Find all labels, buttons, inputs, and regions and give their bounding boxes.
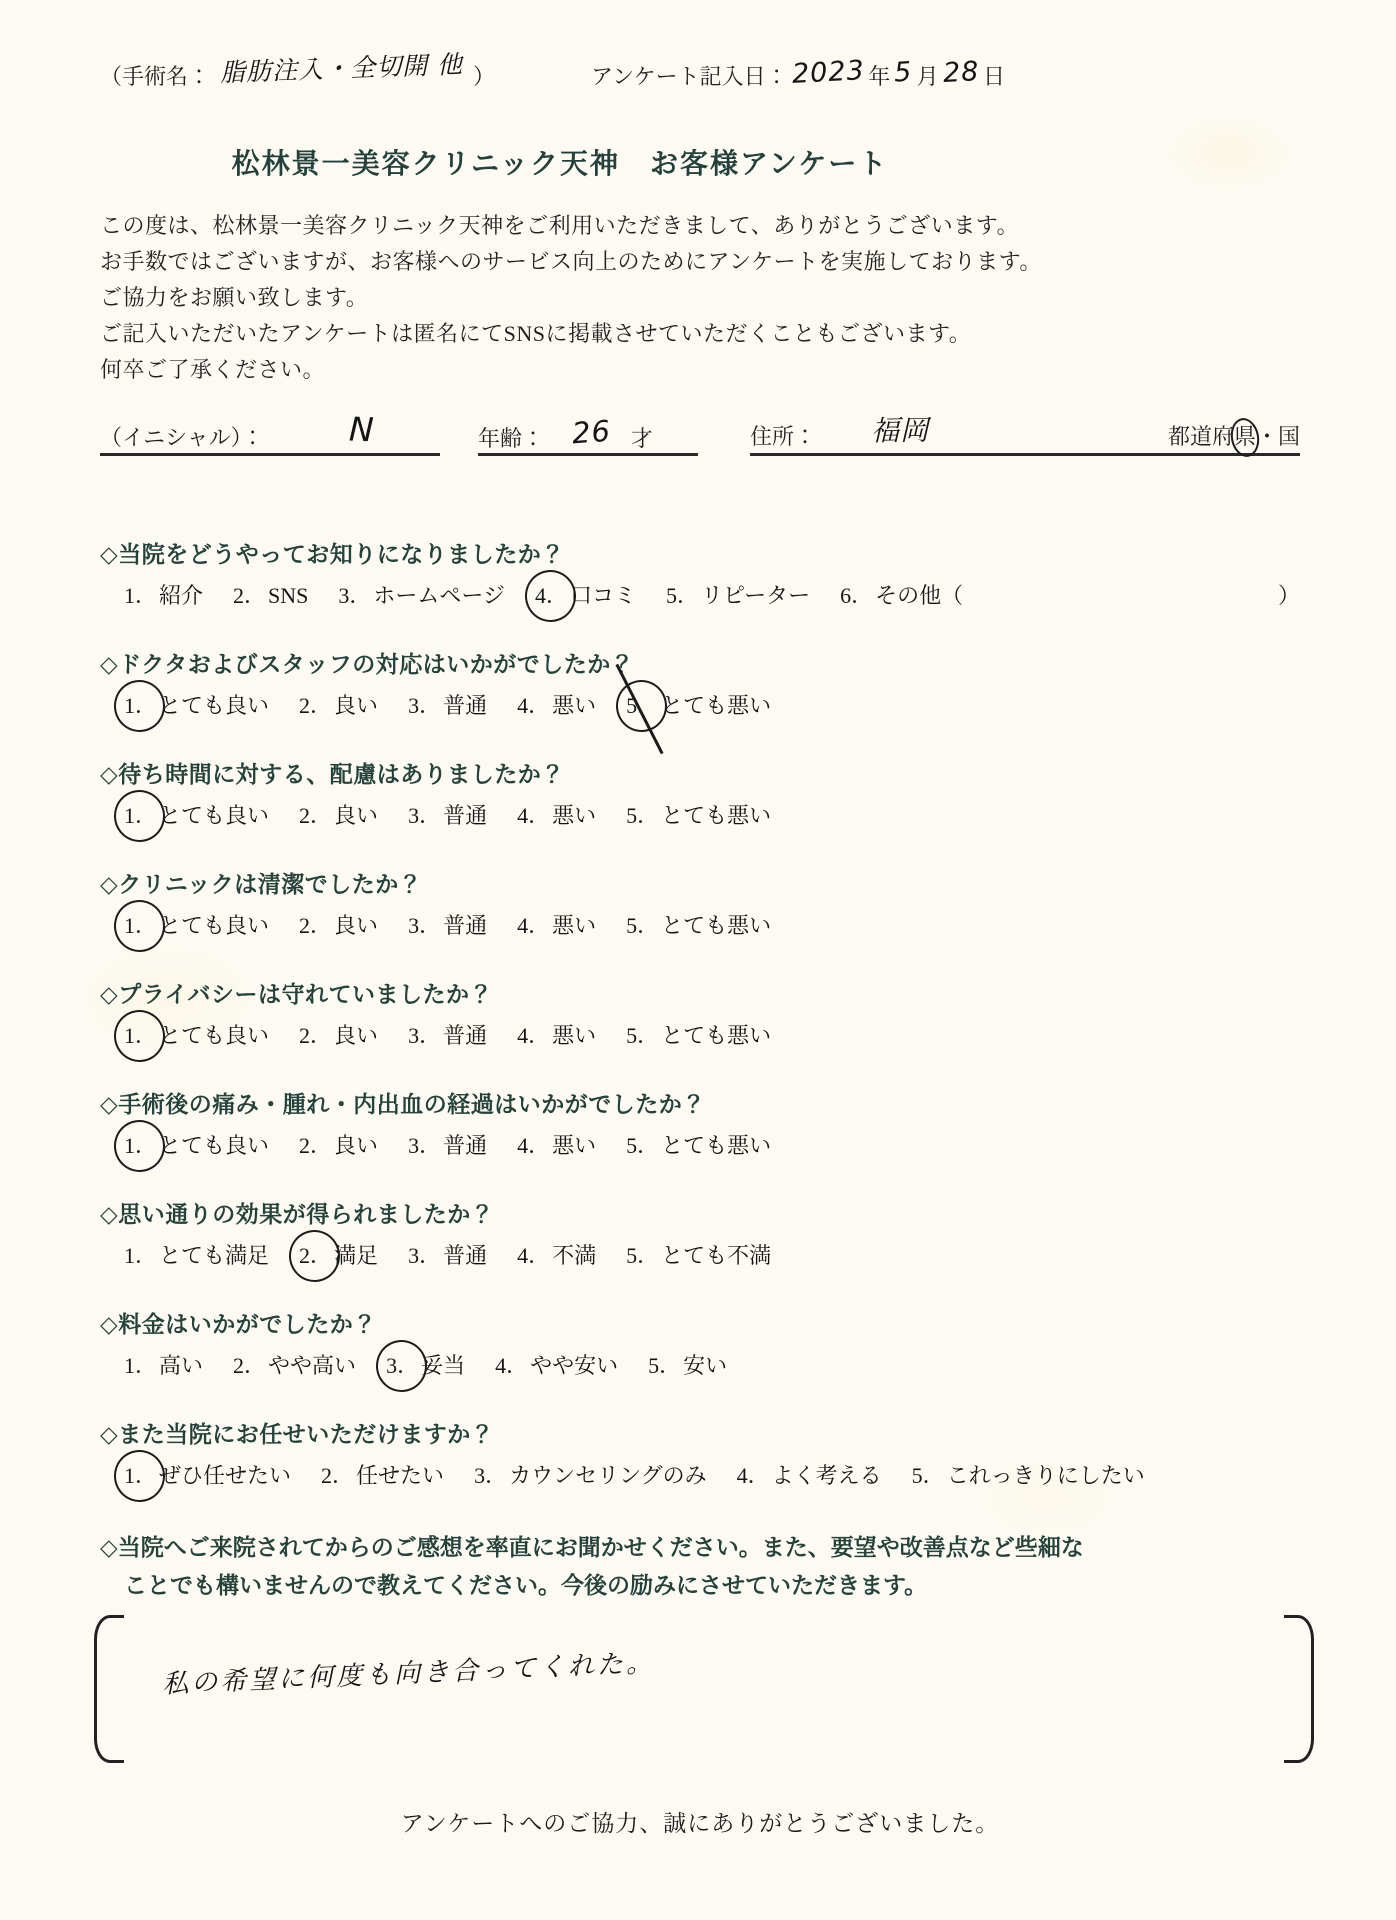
option-label: 口コミ xyxy=(570,579,636,610)
handwritten-surgery-name: 脂肪注入・全切開 他 xyxy=(219,45,463,89)
year-unit: 年 xyxy=(868,64,890,89)
option-label: とても悪い xyxy=(661,689,771,720)
option-number: 4． xyxy=(517,689,550,720)
option-label: 紹介 xyxy=(159,579,203,610)
answer-option: 3．ホームページ xyxy=(338,579,505,610)
intro-line: この度は、松林景一美容クリニック天神をご利用いただきまして、ありがとうございます… xyxy=(100,208,1300,244)
handwritten-circle-mark: 2． xyxy=(299,1239,332,1270)
answer-option: 4．悪い xyxy=(517,1019,596,1050)
option-number: 5． xyxy=(626,1129,659,1160)
answer-option: ） xyxy=(1278,579,1300,610)
answer-option: 3．普通 xyxy=(408,1019,487,1050)
question-options: 1．とても良い2．良い3．普通4．悪い5．とても悪い xyxy=(100,909,1300,943)
answer-option: 4．口コミ xyxy=(535,579,636,610)
option-number: 1． xyxy=(124,1239,157,1270)
intro-line: 何卒ご了承ください。 xyxy=(100,352,1300,388)
answer-option: 4．やや安い xyxy=(495,1349,618,1380)
option-number: 3． xyxy=(408,799,441,830)
answer-option: 3．普通 xyxy=(408,909,487,940)
intro-line: お手数ではございますが、お客様へのサービス向上のためにアンケートを実施しておりま… xyxy=(100,244,1300,280)
option-label: ぜひ任せたい xyxy=(159,1459,291,1490)
answer-option: 1．とても満足 xyxy=(124,1239,269,1270)
option-number: 2． xyxy=(321,1459,354,1490)
option-number: 4． xyxy=(517,1129,550,1160)
day-unit: 日 xyxy=(983,64,1005,89)
option-label: 良い xyxy=(334,1129,378,1160)
surgery-name-label: （手術名： xyxy=(100,64,210,89)
handwritten-circle-mark: 1． xyxy=(124,1019,157,1050)
option-number: 2． xyxy=(299,1129,332,1160)
question-options: 1．とても良い2．良い3．普通4．悪い5．とても悪い xyxy=(100,1129,1300,1163)
answer-option: 1．高い xyxy=(124,1349,203,1380)
answer-option: 5．とても不満 xyxy=(626,1239,771,1270)
option-label: 任せたい xyxy=(356,1459,444,1490)
feedback-section: ◇当院へご来院されてからのご感想を率直にお聞かせください。また、要望や改善点など… xyxy=(100,1529,1300,1763)
initial-label: （イニシャル）： xyxy=(100,421,264,452)
option-label: ホームページ xyxy=(373,579,505,610)
answer-option: 1．紹介 xyxy=(124,579,203,610)
survey-date-label: アンケート記入日： xyxy=(591,64,788,89)
question-block: ◇また当院にお任せいただけますか？ 1．ぜひ任せたい2．任せたい3．カウンセリン… xyxy=(100,1419,1300,1493)
answer-option: 2．SNS xyxy=(233,579,308,610)
answer-option: 2．任せたい xyxy=(321,1459,444,1490)
answer-option: 5．とても悪い xyxy=(626,909,771,940)
option-label: とても悪い xyxy=(661,799,771,830)
region-type-label: 都道府県・国 xyxy=(1168,420,1300,451)
answer-option: 3．普通 xyxy=(408,1129,487,1160)
answer-option: 3．カウンセリングのみ xyxy=(474,1459,707,1490)
handwritten-circle-on-prefecture: 県 xyxy=(1234,420,1256,451)
option-number: 5． xyxy=(912,1459,945,1490)
question-title: ◇当院をどうやってお知りになりましたか？ xyxy=(100,539,1300,571)
answer-option: 2．良い xyxy=(299,909,378,940)
handwritten-year: 2023 xyxy=(791,55,865,90)
handwritten-initial: N xyxy=(348,410,375,450)
question-title: ◇思い通りの効果が得られましたか？ xyxy=(100,1199,1300,1231)
answer-option: 5．とても悪い xyxy=(626,1019,771,1050)
question-title: ◇待ち時間に対する、配慮はありましたか？ xyxy=(100,759,1300,791)
answer-option: 5．安い xyxy=(648,1349,727,1380)
answer-option: 2．良い xyxy=(299,1129,378,1160)
option-number: 3． xyxy=(408,1129,441,1160)
page-title: 松林景一美容クリニック天神 お客様アンケート xyxy=(100,144,1020,186)
option-number: 5． xyxy=(626,1019,659,1050)
age-unit: 才 xyxy=(631,422,653,453)
question-options: 1．とても良い2．良い3．普通4．悪い5．とても悪い xyxy=(100,1019,1300,1053)
handwritten-day: 28 xyxy=(942,56,980,89)
option-label: とても良い xyxy=(159,799,269,830)
address-field: 住所：福岡都道府県・国 xyxy=(750,413,1300,456)
question-options: 1．とても良い2．良い3．普通4．悪い5．とても悪い xyxy=(100,799,1300,833)
question-options: 1．高い2．やや高い3．妥当4．やや安い5．安い xyxy=(100,1349,1300,1383)
option-number: 3． xyxy=(474,1459,507,1490)
option-number: 1． xyxy=(124,579,157,610)
handwritten-month: 5 xyxy=(894,57,914,89)
option-number: 4． xyxy=(737,1459,770,1490)
answer-option: 4．悪い xyxy=(517,689,596,720)
option-label: とても悪い xyxy=(661,909,771,940)
option-label: 良い xyxy=(334,689,378,720)
age-field: 年齢：26才 xyxy=(478,419,698,456)
handwritten-circle-mark: 1． xyxy=(124,799,157,830)
question-block: ◇思い通りの効果が得られましたか？ 1．とても満足2．満足3．普通4．不満5．と… xyxy=(100,1199,1300,1273)
question-block: ◇当院をどうやってお知りになりましたか？ 1．紹介2．SNS3．ホームページ4．… xyxy=(100,539,1300,613)
questions: ◇当院をどうやってお知りになりましたか？ 1．紹介2．SNS3．ホームページ4．… xyxy=(100,539,1300,1493)
handwritten-age: 26 xyxy=(571,414,612,451)
option-label: 高い xyxy=(159,1349,203,1380)
option-label: 普通 xyxy=(443,1129,487,1160)
address-label: 住所： xyxy=(750,420,816,451)
option-label: 満足 xyxy=(334,1239,378,1270)
question-block: ◇クリニックは清潔でしたか？ 1．とても良い2．良い3．普通4．悪い5．とても悪… xyxy=(100,869,1300,943)
option-label: 安い xyxy=(683,1349,727,1380)
question-title: ◇プライバシーは守れていましたか？ xyxy=(100,979,1300,1011)
option-number: 3． xyxy=(408,689,441,720)
option-label: 普通 xyxy=(443,799,487,830)
option-label: 普通 xyxy=(443,1239,487,1270)
feedback-prompt-line1: ◇当院へご来院されてからのご感想を率直にお聞かせください。また、要望や改善点など… xyxy=(100,1529,1300,1567)
option-label: やや高い xyxy=(268,1349,356,1380)
option-label: ） xyxy=(1278,579,1300,610)
right-bracket xyxy=(1284,1615,1314,1763)
answer-option: 3．普通 xyxy=(408,799,487,830)
answer-option: 2．満足 xyxy=(299,1239,378,1270)
option-label: SNS xyxy=(268,583,308,609)
profile-row: （イニシャル）：N 年齢：26才 住所：福岡都道府県・国 xyxy=(100,408,1300,456)
option-label: 普通 xyxy=(443,689,487,720)
answer-option: 2．良い xyxy=(299,1019,378,1050)
header-row: （手術名：脂肪注入・全切開 他） アンケート記入日：2023年5月28日 xyxy=(100,56,1005,100)
option-label: カウンセリングのみ xyxy=(509,1459,707,1490)
answer-option: 4．悪い xyxy=(517,909,596,940)
option-number: 2． xyxy=(299,909,332,940)
initial-field: （イニシャル）：N xyxy=(100,414,440,456)
answer-option: 2．やや高い xyxy=(233,1349,356,1380)
option-label: 普通 xyxy=(443,909,487,940)
option-number: 4． xyxy=(517,1019,550,1050)
surgery-name-field: （手術名：脂肪注入・全切開 他） xyxy=(100,56,495,92)
closing-message: アンケートへのご協力、誠にありがとうございました。 xyxy=(100,1805,1300,1835)
option-number: 3． xyxy=(408,1239,441,1270)
option-number: 1． xyxy=(124,1349,157,1380)
answer-option: 1．とても良い xyxy=(124,689,269,720)
question-block: ◇プライバシーは守れていましたか？ 1．とても良い2．良い3．普通4．悪い5．と… xyxy=(100,979,1300,1053)
handwritten-circle-mark: 1． xyxy=(124,1459,157,1490)
option-number: 5． xyxy=(626,909,659,940)
question-title: ◇料金はいかがでしたか？ xyxy=(100,1309,1300,1341)
question-options: 1．とても良い2．良い3．普通4．悪い5．とても悪い xyxy=(100,689,1300,723)
answer-option: 1．とても良い xyxy=(124,909,269,940)
intro-paragraph: この度は、松林景一美容クリニック天神をご利用いただきまして、ありがとうございます… xyxy=(100,208,1300,388)
intro-line: ご協力をお願い致します。 xyxy=(100,280,1300,316)
option-number: 2． xyxy=(233,579,266,610)
age-label: 年齢： xyxy=(478,422,544,453)
option-number: 3． xyxy=(408,909,441,940)
option-label: とても良い xyxy=(159,1019,269,1050)
answer-option: 1．ぜひ任せたい xyxy=(124,1459,291,1490)
option-label: よく考える xyxy=(772,1459,882,1490)
region-suffix: ・国 xyxy=(1256,424,1300,449)
option-label: 悪い xyxy=(552,689,596,720)
left-bracket xyxy=(94,1615,124,1763)
question-options: 1．とても満足2．満足3．普通4．不満5．とても不満 xyxy=(100,1239,1300,1273)
answer-option: 5．とても悪い xyxy=(626,1129,771,1160)
option-label: 良い xyxy=(334,1019,378,1050)
answer-option: 5．とても悪い xyxy=(626,689,771,720)
answer-option: 3．普通 xyxy=(408,689,487,720)
handwritten-circle-mark: 1． xyxy=(124,909,157,940)
option-number: 2． xyxy=(299,689,332,720)
region-prefix: 都道府 xyxy=(1168,424,1234,449)
handwritten-comment: 私の希望に何度も向き合ってくれた。 xyxy=(161,1642,655,1700)
answer-option: 5．とても悪い xyxy=(626,799,771,830)
answer-option: 1．とても良い xyxy=(124,1129,269,1160)
option-label: 悪い xyxy=(552,799,596,830)
question-title: ◇手術後の痛み・腫れ・内出血の経過はいかがでしたか？ xyxy=(100,1089,1300,1121)
survey-date-field: アンケート記入日：2023年5月28日 xyxy=(591,60,1005,91)
question-block: ◇手術後の痛み・腫れ・内出血の経過はいかがでしたか？ 1．とても良い2．良い3．… xyxy=(100,1089,1300,1163)
answer-option: 4．悪い xyxy=(517,799,596,830)
option-label: とても不満 xyxy=(661,1239,771,1270)
option-label: とても良い xyxy=(159,1129,269,1160)
answer-option: 4．よく考える xyxy=(737,1459,882,1490)
option-label: その他（ xyxy=(875,579,963,610)
question-options: 1．ぜひ任せたい2．任せたい3．カウンセリングのみ4．よく考える5．これっきりに… xyxy=(100,1459,1300,1493)
question-title: ◇また当院にお任せいただけますか？ xyxy=(100,1419,1300,1451)
question-title: ◇ドクタおよびスタッフの対応はいかがでしたか？ xyxy=(100,649,1300,681)
option-label: 妥当 xyxy=(421,1349,465,1380)
answer-option: 5．リピーター xyxy=(666,579,810,610)
option-label: とても悪い xyxy=(661,1129,771,1160)
answer-option: 4．不満 xyxy=(517,1239,596,1270)
option-number: 5． xyxy=(626,799,659,830)
option-number: 2． xyxy=(299,799,332,830)
option-label: とても満足 xyxy=(159,1239,269,1270)
option-label: リピーター xyxy=(701,579,810,610)
option-number: 5． xyxy=(666,579,699,610)
question-block: ◇料金はいかがでしたか？ 1．高い2．やや高い3．妥当4．やや安い5．安い xyxy=(100,1309,1300,1383)
option-label: 良い xyxy=(334,799,378,830)
surgery-name-close-paren: ） xyxy=(473,64,495,89)
option-number: 5． xyxy=(648,1349,681,1380)
handwritten-circle-mark: 1． xyxy=(124,689,157,720)
option-label: 悪い xyxy=(552,1129,596,1160)
option-number: 5． xyxy=(626,1239,659,1270)
answer-option: 2．良い xyxy=(299,799,378,830)
answer-option: 1．とても良い xyxy=(124,799,269,830)
option-number: 3． xyxy=(408,1019,441,1050)
handwritten-circle-mark: 3． xyxy=(386,1349,419,1380)
option-number: 4． xyxy=(517,799,550,830)
option-number: 2． xyxy=(299,1019,332,1050)
handwritten-circle-mark: 4． xyxy=(535,579,568,610)
option-number: 2． xyxy=(233,1349,266,1380)
handwritten-circle-mark: 5． xyxy=(626,689,659,720)
answer-option: 2．良い xyxy=(299,689,378,720)
option-label: とても良い xyxy=(159,689,269,720)
option-label: やや安い xyxy=(530,1349,618,1380)
question-block: ◇ドクタおよびスタッフの対応はいかがでしたか？ 1．とても良い2．良い3．普通4… xyxy=(100,649,1300,723)
question-title: ◇クリニックは清潔でしたか？ xyxy=(100,869,1300,901)
option-label: 悪い xyxy=(552,1019,596,1050)
option-number: 4． xyxy=(517,1239,550,1270)
intro-line: ご記入いただいたアンケートは匿名にてSNSに掲載させていただくこともございます。 xyxy=(100,316,1300,352)
answer-option: 6．その他（ xyxy=(840,579,963,610)
month-unit: 月 xyxy=(917,64,939,89)
option-number: 4． xyxy=(495,1349,528,1380)
answer-option: 1．とても良い xyxy=(124,1019,269,1050)
answer-option: 3．妥当 xyxy=(386,1349,465,1380)
handwritten-address: 福岡 xyxy=(871,408,930,449)
answer-option: 4．悪い xyxy=(517,1129,596,1160)
feedback-prompt-line2: ことでも構いませんので教えてください。今後の励みにさせていただきます。 xyxy=(100,1567,1300,1605)
option-number: 4． xyxy=(517,909,550,940)
option-label: これっきりにしたい xyxy=(947,1459,1145,1490)
answer-option: 5．これっきりにしたい xyxy=(912,1459,1145,1490)
option-number: 3． xyxy=(338,579,371,610)
answer-option: 3．普通 xyxy=(408,1239,487,1270)
comment-area: 私の希望に何度も向き合ってくれた。 xyxy=(94,1615,1314,1763)
option-label: とても良い xyxy=(159,909,269,940)
option-label: 良い xyxy=(334,909,378,940)
option-number: 6． xyxy=(840,579,873,610)
handwritten-circle-mark: 1． xyxy=(124,1129,157,1160)
question-block: ◇待ち時間に対する、配慮はありましたか？ 1．とても良い2．良い3．普通4．悪い… xyxy=(100,759,1300,833)
scanned-survey-page: （手術名：脂肪注入・全切開 他） アンケート記入日：2023年5月28日 松林景… xyxy=(0,0,1396,1920)
option-label: 普通 xyxy=(443,1019,487,1050)
option-label: 不満 xyxy=(552,1239,596,1270)
question-options: 1．紹介2．SNS3．ホームページ4．口コミ5．リピーター6．その他（） xyxy=(100,579,1300,613)
option-label: 悪い xyxy=(552,909,596,940)
option-label: とても悪い xyxy=(661,1019,771,1050)
